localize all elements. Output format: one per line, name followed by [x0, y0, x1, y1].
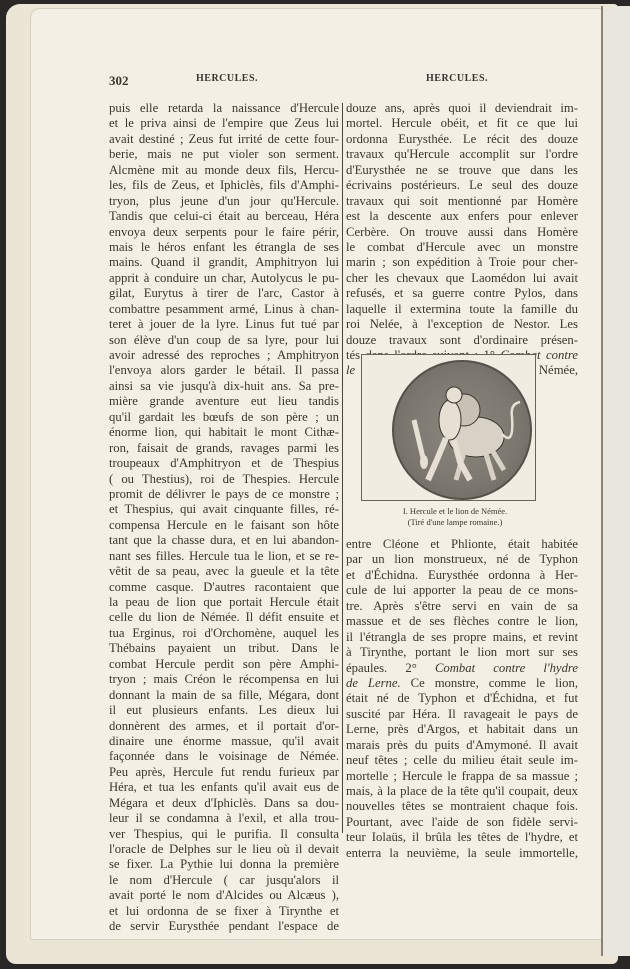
left-column: puis elle retarda la naissance d'Hercule…: [109, 101, 339, 935]
text-line: à Tirynthe, portant le lion mort sur ses: [346, 645, 578, 660]
text-line: le combat d'Hercule avec un monstre: [346, 240, 578, 255]
text-line: qu'il gardait les bœufs de son père ; un: [109, 410, 339, 425]
right-column-top: douze ans, après quoi il deviendrait im-…: [346, 101, 578, 379]
text-line: teur Iolaüs, il brûla les têtes de l'hyd…: [346, 830, 578, 845]
text-line: avoir adressé des reproches ; Amphitryon: [109, 348, 339, 363]
text-line: cher les chevaux que Laomédon lui avait: [346, 271, 578, 286]
text-line: et lui ordonna de se fixer à Tirynthe et: [109, 904, 339, 919]
text-line: énorme lion, qui habitait le mont Cithæ-: [109, 425, 339, 440]
text-line: ainsi sa vie jusqu'à dix-huit ans. Sa pr…: [109, 379, 339, 394]
caption-title: I. Hercule et le lion de Némée.: [350, 506, 560, 517]
text-line: vêtit de sa peau, avec la gueule et la t…: [109, 564, 339, 579]
text-line: mains. Quand il grandit, Amphitryon lui: [109, 255, 339, 270]
text-line: Tandis que celui-ci était au berceau, Hé…: [109, 209, 339, 224]
text-line: travaux qui soit mentionné par Homère: [346, 194, 578, 209]
text-line: le nom d'Hercule ( car jusqu'alors il: [109, 873, 339, 888]
text-line: avait porté le nom d'Alcides ou Alcæus )…: [109, 888, 339, 903]
text-line: entre Cléone et Phlionte, était habitée: [346, 537, 578, 552]
text-line: mais, à la place de la tête qu'il coupai…: [346, 784, 578, 799]
text-line: et d'Échidna. Eurysthée ordonna à Her-: [346, 568, 578, 583]
text-line: cule de lui apporter la peau de ce mons-: [346, 583, 578, 598]
text-line: neuf têtes ; celle du milieu était seule…: [346, 753, 578, 768]
text-line: et le priva ainsi de l'empire que Zeus l…: [109, 116, 339, 131]
text-line: d'Eurysthée ne se trouve que dans les: [346, 163, 578, 178]
text-line: roi Nelée, à l'exception de Nestor. Les: [346, 317, 578, 332]
text-line: les, fils de Zeus, et Iphiclès, fils d'A…: [109, 178, 339, 193]
text-line: tua Erginus, roi d'Orchomène, auquel les: [109, 626, 339, 641]
text-line: par un lion monstrueux, né de Typhon: [346, 552, 578, 567]
column-divider: [342, 103, 343, 833]
text-line: tryon ; mais Créon le récompensa en lui: [109, 672, 339, 687]
text-line: douze travaux sont d'ordinaire présen-: [346, 333, 578, 348]
text-line: façonnée dans le voisinage de Némée.: [109, 749, 339, 764]
text-line: Alcmène mit au monde deux fils, Hercu-: [109, 163, 339, 178]
text-line: l'oracle de Delphes sur le lieu où il de…: [109, 842, 339, 857]
text-line: promit de délivrer le pays de ce monstre…: [109, 487, 339, 502]
text-line: leur il se condamna à l'exil, et alla tr…: [109, 811, 339, 826]
text-line: l'envoya alors garder le bétail. Il pass…: [109, 363, 339, 378]
text-line: mortelle ; Hercule le frappa de sa massu…: [346, 769, 578, 784]
text-line: ordonna Eurysthée. Le récit des douze: [346, 132, 578, 147]
text-line: apprit à conduire un char, Autolycus le …: [109, 271, 339, 286]
text-line: gilat, Eurytus à tirer de l'arc, Castor …: [109, 286, 339, 301]
text-line: Peu après, Hercule fut rendu furieux par: [109, 765, 339, 780]
text-line: berie, mais ne put violer son serment.: [109, 147, 339, 162]
text-line: nant ses filles. Hercule tua le lion, et…: [109, 549, 339, 564]
text-line: refusés, et sa guerre contre Pylos, dans: [346, 286, 578, 301]
text-line: ( ou Thestius), roi de Thespies. Hercule: [109, 472, 339, 487]
text-line: la peau de lion que portait Hercule étai…: [109, 595, 339, 610]
text-line: combattre pesamment armé, Linus à chan-: [109, 302, 339, 317]
text-line: Mégara et deux d'Iphiclès. Dans sa dou-: [109, 796, 339, 811]
text-line: avait destiné ; Zeus fut irrité de cette…: [109, 132, 339, 147]
text-line: était né de Typhon et d'Échidna, et fut: [346, 691, 578, 706]
text-line: douze ans, après quoi il deviendrait im-: [346, 101, 578, 116]
figure-caption: I. Hercule et le lion de Némée. (Tiré d'…: [350, 506, 560, 528]
text-line: écrivains postérieurs. Le seul des douze: [346, 178, 578, 193]
hercules-wrestling-lion-illustration: [394, 362, 530, 498]
roman-lamp-medallion-image: [392, 360, 532, 500]
text-line: Lerne, près d'Argos, et habitait dans un: [346, 722, 578, 737]
text-line: et Thespius, qui avait cinquante filles,…: [109, 502, 339, 517]
text-line: comme casque. D'autres racontaient que: [109, 580, 339, 595]
text-line: est la descente aux enfers pour enlever: [346, 209, 578, 224]
text-line: ver Thespius, qui le purifia. Il consult…: [109, 827, 339, 842]
text-line: marais près du puits d'Amymoné. Il avait: [346, 738, 578, 753]
text-line: Cerbère. On trouve aussi dans Homère: [346, 225, 578, 240]
text-line: dinaire une énorme massue, qu'il avait: [109, 734, 339, 749]
text-line: puis elle retarda la naissance d'Hercule: [109, 101, 339, 116]
text-line: mais le héros enfant les étrangla de ses: [109, 240, 339, 255]
text-line: suscité par Héra. Il ravageait le pays d…: [346, 707, 578, 722]
caption-source: (Tiré d'une lampe romaine.): [350, 517, 560, 528]
text-line: enterra la neuvième, la seule immortelle…: [346, 846, 578, 861]
text-line: de servir Eurysthée pendant l'espace de: [109, 919, 339, 934]
text-line: massue et de ses flèches contre le lion,: [346, 614, 578, 629]
text-line: troupeaux d'Amphitryon et de Thespius: [109, 456, 339, 471]
text-line: épaules. 2° Combat contre l'hydre: [346, 661, 578, 676]
text-line: combat Hercule perdit son père Amphi-: [109, 657, 339, 672]
page-number: 302: [109, 73, 129, 89]
text-line: travaux qu'Hercule accomplit sur l'ordre: [346, 147, 578, 162]
text-line: tre. Après s'être servi en vain de sa: [346, 599, 578, 614]
text-line: ron, faisait de grands, ravages parmi le…: [109, 441, 339, 456]
text-line: donnèrent des armes, et il portait d'or-: [109, 719, 339, 734]
text-line: il eut plusieurs enfants. Les dieux lui: [109, 703, 339, 718]
text-line: teret à jouer de la lyre. Linus fut tué …: [109, 317, 339, 332]
adjacent-page-edge: [601, 6, 630, 956]
text-run: épaules. 2°: [346, 661, 435, 675]
text-line: Pourtant, avec l'aide de son fidèle serv…: [346, 815, 578, 830]
running-title-left: HERCULES.: [196, 73, 258, 84]
text-line: il l'étrangla de ses propre mains, et re…: [346, 630, 578, 645]
text-run: Ce monstre, comme le lion,: [401, 676, 578, 690]
text-line: compensa Hercule en le faisant son hôte: [109, 518, 339, 533]
text-line: nouvelles têtes se montraient chaque foi…: [346, 799, 578, 814]
figure-hercules-lion: [361, 354, 536, 501]
text-line: tryon, plus jeune d'un jour qu'Hercule.: [109, 194, 339, 209]
text-line: son élève d'un coup de sa lyre, pour lui: [109, 333, 339, 348]
text-line: envoya deux serpents pour le faire périr…: [109, 225, 339, 240]
text-line: se fixer. La Pythie lui donna la premièr…: [109, 857, 339, 872]
text-line: de Lerne. Ce monstre, comme le lion,: [346, 676, 578, 691]
text-line: donnant la main de sa fille, Mégara, don…: [109, 688, 339, 703]
italic-heading-text: Combat contre l'hydre: [435, 661, 578, 675]
text-line: celle du lion de Némée. Il défit ensuite…: [109, 610, 339, 625]
text-line: Thébains payaient un tribut. Dans le: [109, 641, 339, 656]
text-line: mortel. Hercule obéit, et fit ce que lui: [346, 116, 578, 131]
italic-heading-text: de Lerne.: [346, 676, 401, 690]
text-line: laquelle il extermina toute la famille d…: [346, 302, 578, 317]
text-line: mière grande aventure eut lieu tandis: [109, 394, 339, 409]
text-line: Héra, et tua les enfants qu'il avait eus…: [109, 780, 339, 795]
text-line: marin ; son expédition à Troie pour cher…: [346, 255, 578, 270]
text-line: tant que la chasse dura, et en lui aband…: [109, 533, 339, 548]
running-title-right: HERCULES.: [426, 73, 488, 84]
right-column-bottom: entre Cléone et Phlionte, était habitéep…: [346, 537, 578, 861]
